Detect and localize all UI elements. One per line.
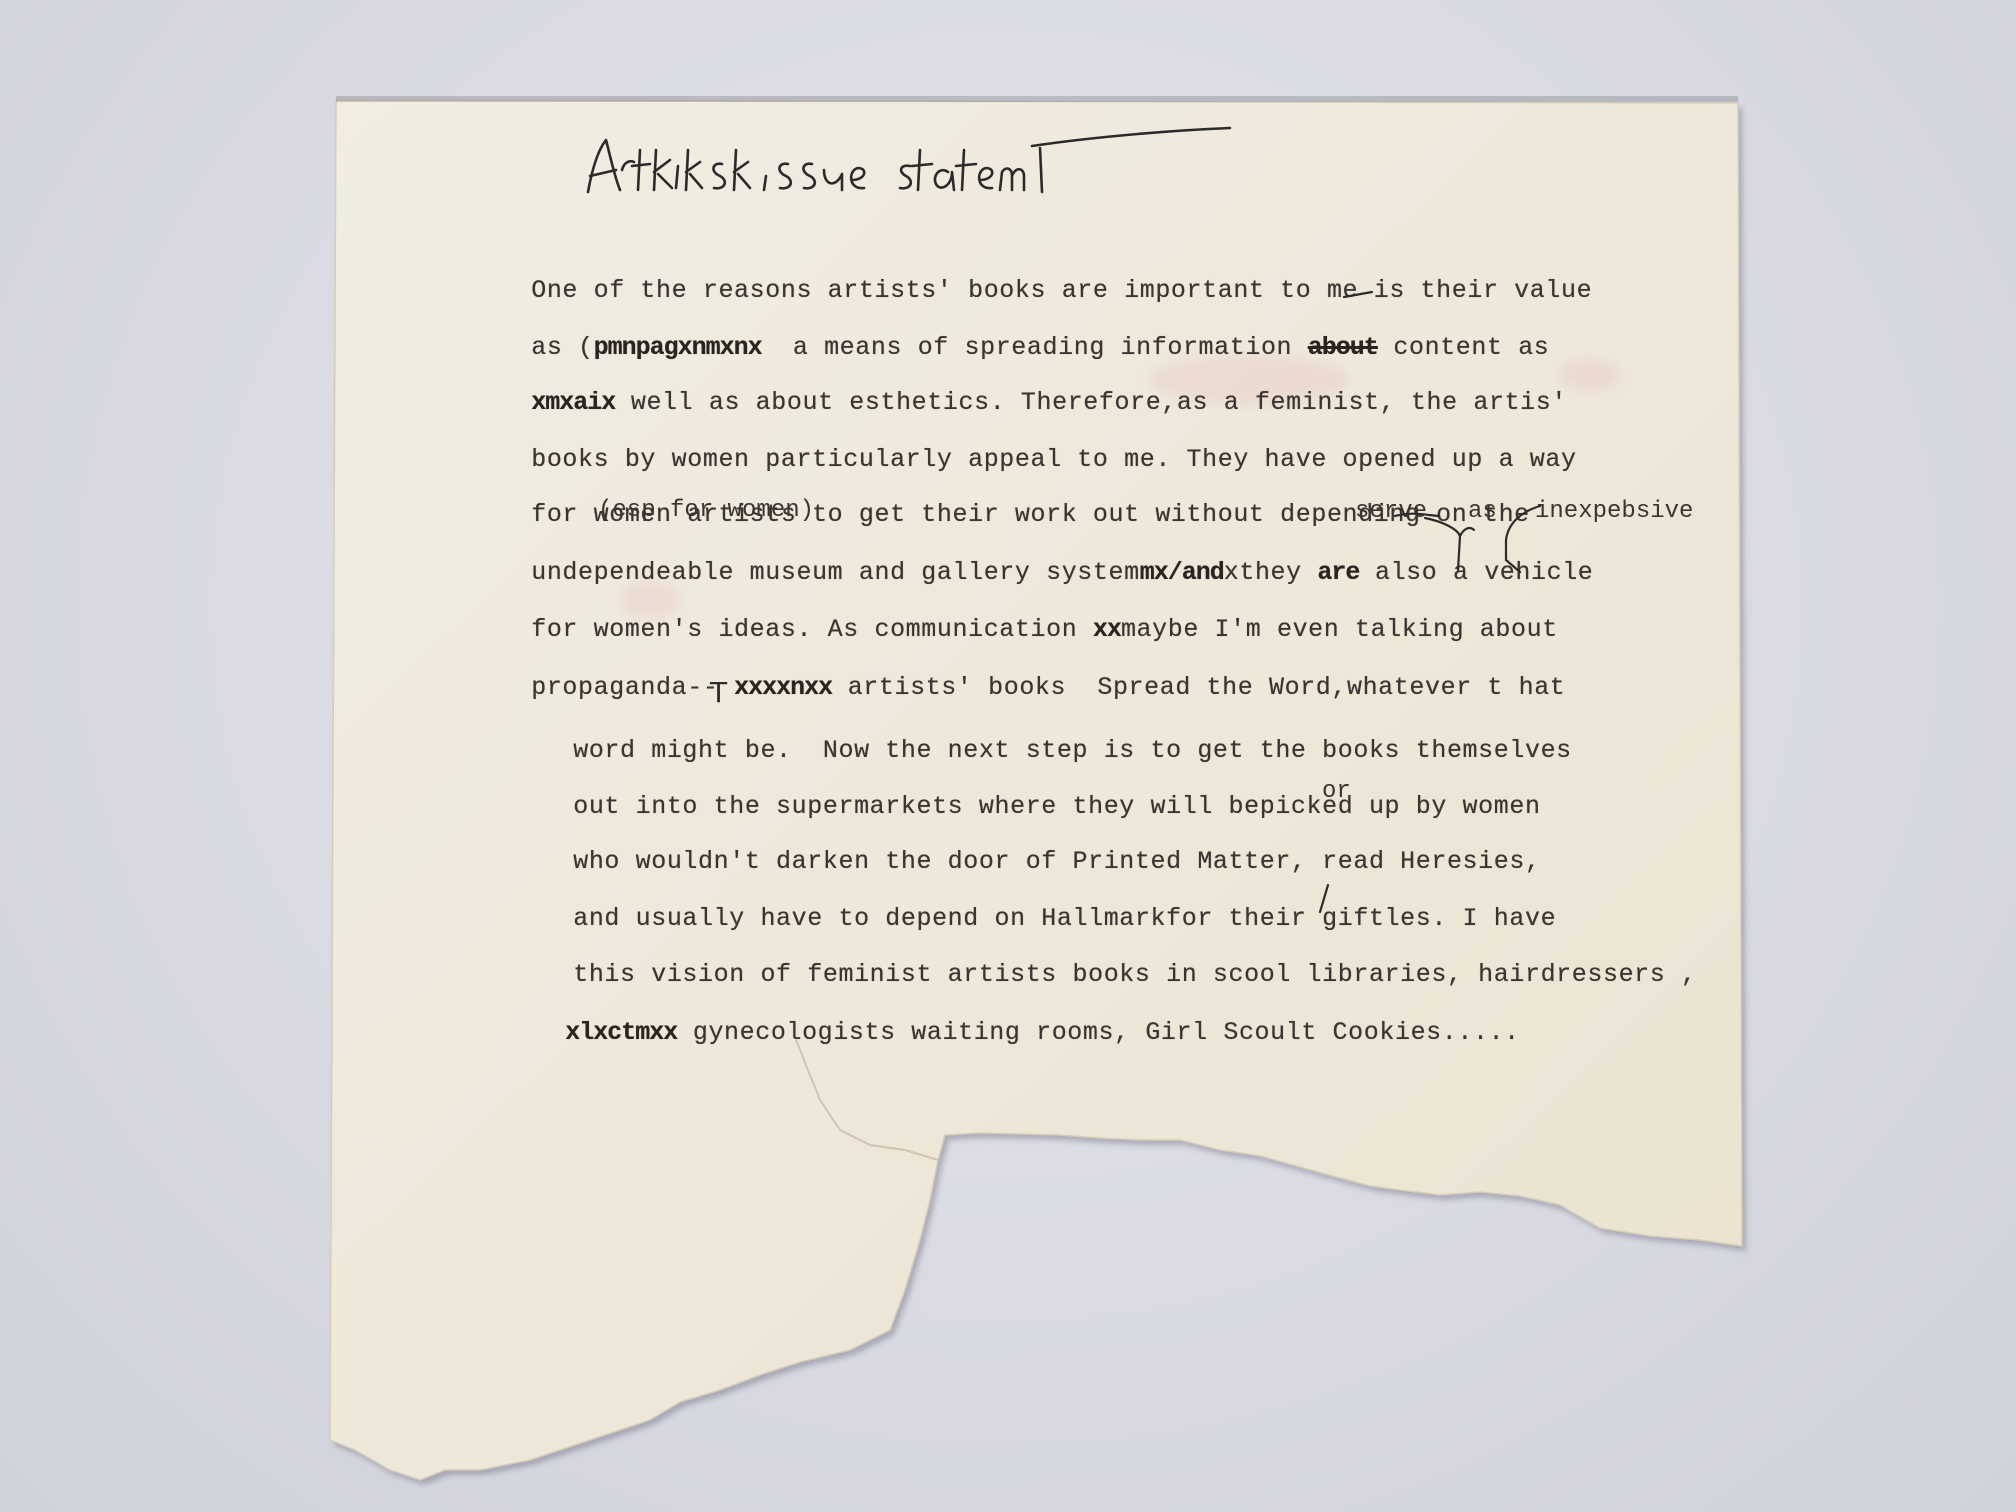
handwritten-title: Artrikski issue statement [580, 110, 1240, 240]
line-text: also a vehicle [1359, 558, 1593, 587]
typed-line-14: xlxctmxx gynecologists waiting rooms, Gi… [534, 988, 1520, 1048]
typed-line-2: as (pmnpagxnmxnx a means of spreading in… [500, 303, 1549, 363]
typed-line-12: and usually have to depend on Hallmarkfo… [542, 874, 1556, 934]
typed-line-9: word might be. Now the next step is to g… [542, 706, 1572, 766]
red-ink-bleed [1560, 360, 1620, 390]
typed-line-11: who wouldn't darken the door of Printed … [542, 817, 1541, 877]
typed-line-3: xmxaix well as about esthetics. Therefor… [500, 358, 1567, 418]
struck-out-text: xlxctmxx [565, 1018, 677, 1047]
line-text: word might be. Now the next step is to g… [573, 736, 1572, 765]
insert-inexpensive: inexpebsive [1535, 498, 1693, 526]
line-text: for women's ideas. As communication [531, 615, 1093, 644]
line-text: well as about esthetics. Therefore,as a … [615, 388, 1567, 417]
typed-line-4: books by women particularly appeal to me… [500, 415, 1577, 475]
insert-or: or [1322, 778, 1351, 806]
typed-line-1: One of the reasons artists' books are im… [500, 246, 1592, 306]
handwritten-caret-T: T [710, 676, 727, 709]
line-text: xthey [1224, 558, 1318, 587]
typed-line-8: propaganda-- xxxxnxx artists' books Spre… [500, 643, 1565, 703]
struck-out-text: xxxxnxx [734, 673, 832, 702]
insert-serve: serve [1355, 498, 1427, 526]
line-text: One of the reasons artists' books are im… [531, 276, 1592, 305]
line-text: gynecologists waiting rooms, Girl Scoult… [677, 1018, 1520, 1047]
typed-line-13: this vision of feminist artists books in… [542, 930, 1697, 990]
line-text: this vision of feminist artists books in… [573, 960, 1696, 989]
line-text: who wouldn't darken the door of Printed … [573, 847, 1540, 876]
line-text: undependeable museum and gallery system [531, 558, 1140, 587]
line-text: and usually have to depend on Hallmarkfo… [573, 904, 1556, 933]
insert-as: as [1468, 498, 1497, 526]
struck-out-text: xx [1093, 615, 1121, 644]
line-text: artists' books Spread the Word,whatever … [832, 673, 1565, 702]
struck-out-text: mx/and [1140, 558, 1224, 587]
insert-esp-for-women: (esp for women) [598, 497, 814, 525]
struck-out-text: xmxaix [531, 388, 615, 417]
typed-line-6: undependeable museum and gallery systemm… [500, 528, 1593, 588]
typed-line-7: for women's ideas. As communication xxma… [500, 585, 1558, 645]
line-text: propaganda-- [531, 673, 734, 702]
struck-out-text: are [1317, 558, 1359, 587]
typed-line-10: out into the supermarkets where they wil… [542, 762, 1541, 822]
line-text: maybe I'm even talking about [1121, 615, 1558, 644]
